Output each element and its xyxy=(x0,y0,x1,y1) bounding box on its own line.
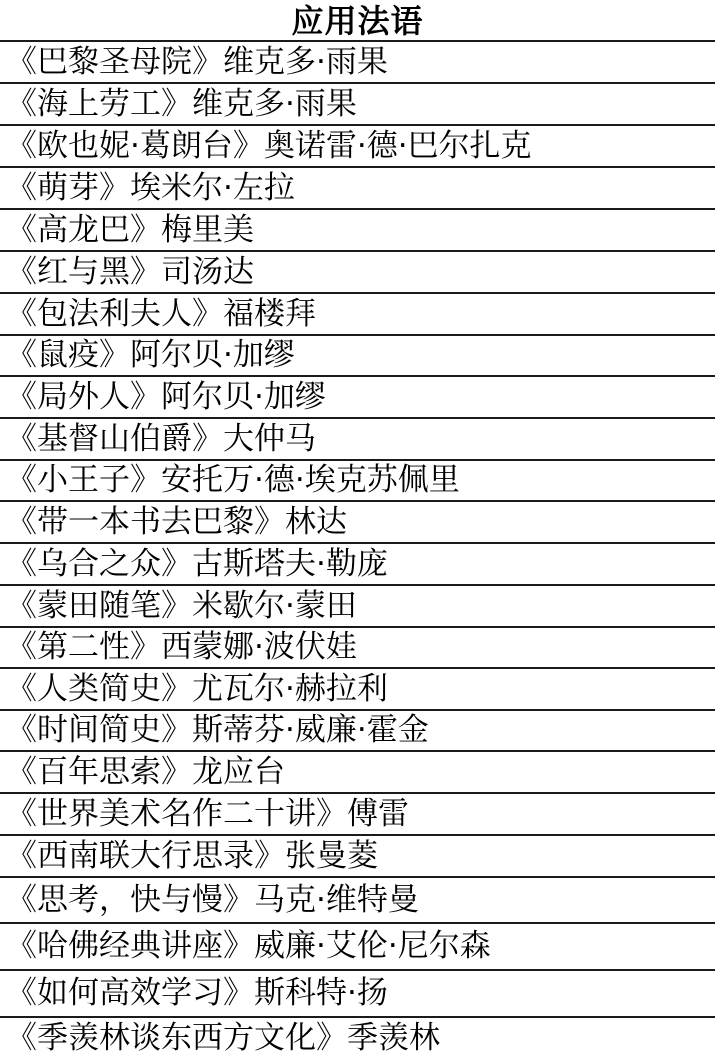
list-item: 《小王子》安托万·德·埃克苏佩里 xyxy=(0,459,715,500)
list-item: 《高龙巴》梅里美 xyxy=(0,208,715,250)
book-entry-text: 《时间简史》斯蒂芬·威廉·霍金 xyxy=(6,711,429,750)
book-entry-text: 《包法利夫人》福楼拜 xyxy=(6,294,316,334)
list-item: 《鼠疫》阿尔贝·加缪 xyxy=(0,334,715,375)
list-item: 《包法利夫人》福楼拜 xyxy=(0,292,715,334)
list-item: 《思考，快与慢》马克·维特曼 xyxy=(0,876,715,922)
list-item: 《百年思索》龙应台 xyxy=(0,750,715,792)
list-item: 《海上劳工》维克多·雨果 xyxy=(0,82,715,124)
book-entry-text: 《蒙田随笔》米歇尔·蒙田 xyxy=(6,586,357,626)
list-item: 《世界美术名作二十讲》傅雷 xyxy=(0,792,715,834)
list-item: 《时间简史》斯蒂芬·威廉·霍金 xyxy=(0,709,715,750)
list-item: 《季羡林谈东西方文化》季羡林 xyxy=(0,1016,715,1059)
book-entry-text: 《带一本书去巴黎》林达 xyxy=(6,502,347,542)
list-item: 《第二性》西蒙娜·波伏娃 xyxy=(0,626,715,667)
list-item: 《巴黎圣母院》维克多·雨果 xyxy=(0,40,715,82)
book-entry-text: 《百年思索》龙应台 xyxy=(6,752,285,792)
list-item: 《乌合之众》古斯塔夫·勒庞 xyxy=(0,542,715,584)
book-entry-text: 《红与黑》司汤达 xyxy=(6,252,254,292)
page-title: 应用法语 xyxy=(0,0,715,40)
book-entry-text: 《乌合之众》古斯塔夫·勒庞 xyxy=(6,544,388,584)
book-entry-text: 《思考，快与慢》马克·维特曼 xyxy=(6,878,419,922)
list-item: 《欧也妮·葛朗台》奥诺雷·德·巴尔扎克 xyxy=(0,124,715,166)
book-entry-text: 《欧也妮·葛朗台》奥诺雷·德·巴尔扎克 xyxy=(6,126,532,166)
list-item: 《哈佛经典讲座》威廉·艾伦·尼尔森 xyxy=(0,922,715,969)
book-entry-text: 《人类简史》尤瓦尔·赫拉利 xyxy=(6,669,388,709)
book-entry-text: 《季羡林谈东西方文化》季羡林 xyxy=(6,1018,440,1059)
book-entry-text: 《如何高效学习》斯科特·扬 xyxy=(6,971,388,1016)
list-item: 《带一本书去巴黎》林达 xyxy=(0,500,715,542)
book-entry-text: 《海上劳工》维克多·雨果 xyxy=(6,84,357,124)
list-item: 《基督山伯爵》大仲马 xyxy=(0,417,715,459)
book-entry-text: 《局外人》阿尔贝·加缪 xyxy=(6,377,326,417)
book-entry-text: 《基督山伯爵》大仲马 xyxy=(6,419,316,459)
book-entry-text: 《巴黎圣母院》维克多·雨果 xyxy=(6,42,388,82)
book-entry-text: 《西南联大行思录》张曼菱 xyxy=(6,836,378,876)
list-item: 《蒙田随笔》米歇尔·蒙田 xyxy=(0,584,715,626)
book-entry-text: 《鼠疫》阿尔贝·加缪 xyxy=(6,336,295,375)
book-entry-text: 《世界美术名作二十讲》傅雷 xyxy=(6,794,409,834)
list-item: 《萌芽》埃米尔·左拉 xyxy=(0,166,715,208)
list-item: 《西南联大行思录》张曼菱 xyxy=(0,834,715,876)
list-item: 《如何高效学习》斯科特·扬 xyxy=(0,969,715,1016)
list-item: 《人类简史》尤瓦尔·赫拉利 xyxy=(0,667,715,709)
book-entry-text: 《哈佛经典讲座》威廉·艾伦·尼尔森 xyxy=(6,924,491,969)
book-entry-text: 《小王子》安托万·德·埃克苏佩里 xyxy=(6,461,460,500)
book-entry-text: 《萌芽》埃米尔·左拉 xyxy=(6,168,295,208)
book-entry-text: 《高龙巴》梅里美 xyxy=(6,210,254,250)
list-item: 《红与黑》司汤达 xyxy=(0,250,715,292)
book-entry-text: 《第二性》西蒙娜·波伏娃 xyxy=(6,628,357,667)
list-item: 《局外人》阿尔贝·加缪 xyxy=(0,375,715,417)
